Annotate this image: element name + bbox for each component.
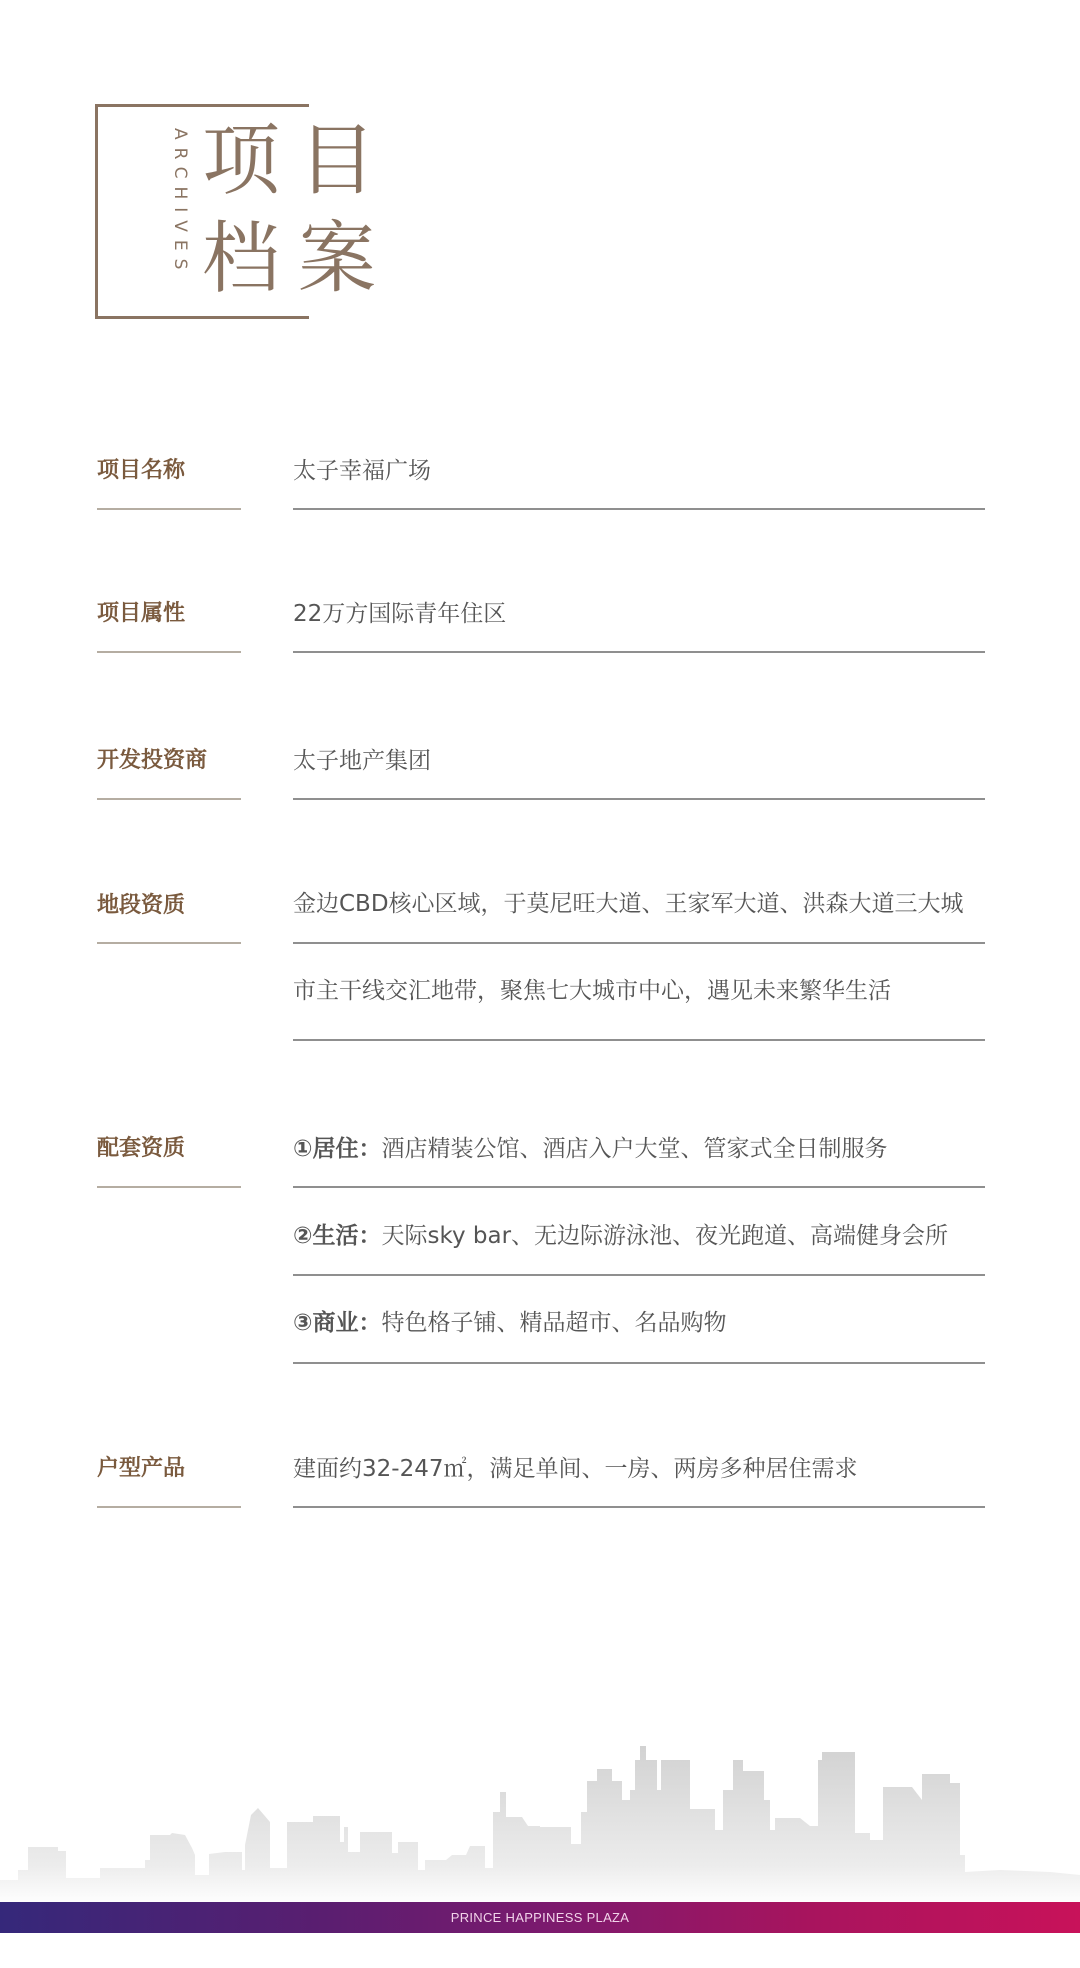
amenity-text: 酒店精装公馆、酒店入户大堂、管家式全日制服务 — [381, 1136, 887, 1162]
row-label: 项目属性 — [97, 599, 185, 629]
row-label: 开发投资商 — [97, 746, 207, 776]
amenity-prefix: ②生活： — [293, 1223, 381, 1249]
footer-brand-text: PRINCE HAPPINESS PLAZA — [451, 1910, 630, 1925]
amenity-text: 特色格子铺、精品超市、名品购物 — [381, 1310, 726, 1336]
row-label: 户型产品 — [97, 1454, 185, 1484]
amenity-text: 天际sky bar、无边际游泳池、夜光跑道、高端健身会所 — [381, 1223, 948, 1249]
value-underline — [293, 1186, 985, 1188]
label-underline — [97, 942, 241, 944]
amenity-residential: ①居住：酒店精装公馆、酒店入户大堂、管家式全日制服务 — [293, 1134, 887, 1164]
title-char-3: 档 — [202, 220, 280, 298]
amenity-prefix: ③商业： — [293, 1310, 381, 1336]
row-value: 太子地产集团 — [293, 746, 431, 776]
label-underline — [97, 651, 241, 653]
amenity-commercial: ③商业：特色格子铺、精品超市、名品购物 — [293, 1308, 726, 1338]
label-underline — [97, 508, 241, 510]
value-underline — [293, 1506, 985, 1508]
row-value: 建面约32-247㎡，满足单间、一房、两房多种居住需求 — [293, 1454, 857, 1484]
value-underline — [293, 1362, 985, 1364]
value-underline — [293, 1274, 985, 1276]
value-underline — [293, 1039, 985, 1041]
footer-brand-bar: PRINCE HAPPINESS PLAZA — [0, 1902, 1080, 1933]
title-char-4: 案 — [298, 220, 376, 298]
row-value: 22万方国际青年住区 — [293, 599, 506, 629]
label-underline — [97, 1186, 241, 1188]
label-underline — [97, 1506, 241, 1508]
title-frame-left — [95, 104, 98, 319]
title-frame-bottom — [95, 316, 309, 319]
title-char-1: 项 — [202, 122, 280, 200]
value-underline — [293, 798, 985, 800]
amenity-prefix: ①居住： — [293, 1136, 381, 1162]
value-underline — [293, 942, 985, 944]
city-skyline-illustration — [0, 1740, 1080, 1905]
row-value: 太子幸福广场 — [293, 456, 431, 486]
row-label: 配套资质 — [97, 1134, 185, 1164]
value-underline — [293, 508, 985, 510]
row-label: 项目名称 — [97, 456, 185, 486]
amenity-lifestyle: ②生活：天际sky bar、无边际游泳池、夜光跑道、高端健身会所 — [293, 1221, 948, 1251]
row-value-line-2: 市主干线交汇地带，聚焦七大城市中心，遇见未来繁华生活 — [293, 976, 891, 1006]
row-value-line-1: 金边CBD核心区域，于莫尼旺大道、王家军大道、洪森大道三大城 — [293, 889, 964, 919]
title-frame-top — [95, 104, 309, 107]
title-char-2: 目 — [298, 122, 376, 200]
row-label: 地段资质 — [97, 891, 185, 921]
value-underline — [293, 651, 985, 653]
label-underline — [97, 798, 241, 800]
title-subtitle: ARCHIVES — [150, 128, 190, 298]
